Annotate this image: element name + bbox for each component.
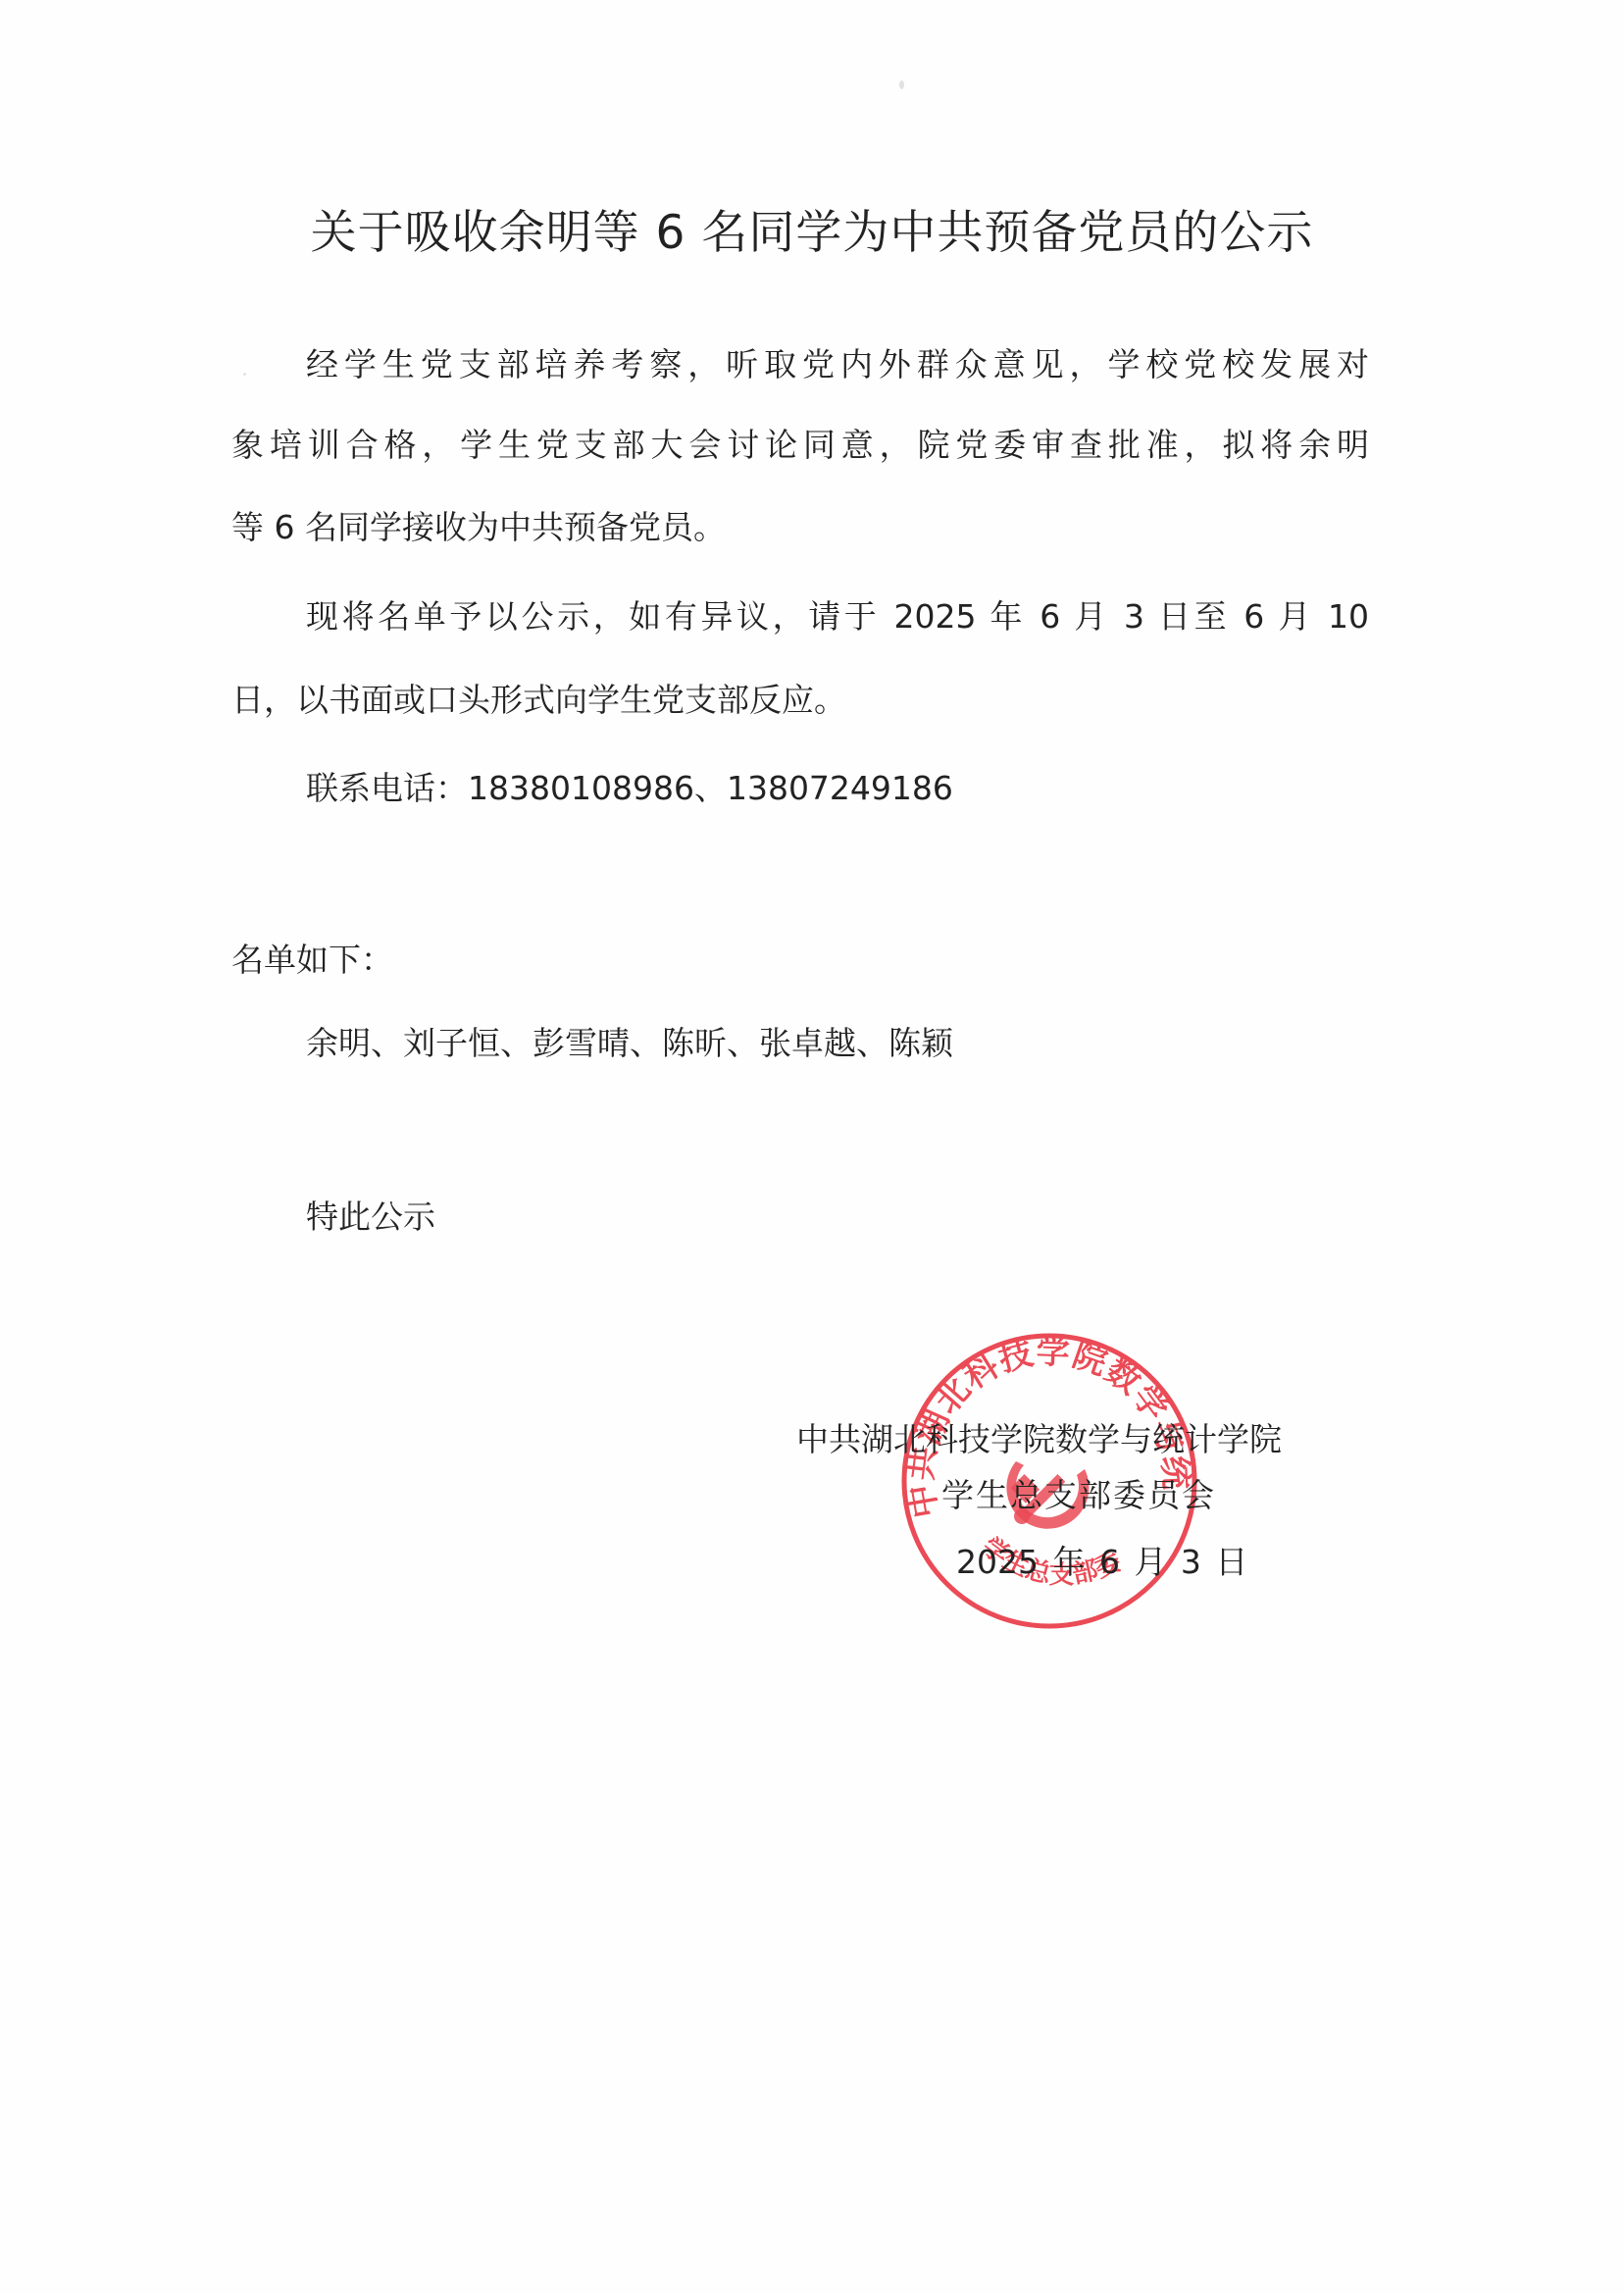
contact-phones: 18380108986、13807249186 [468,769,953,807]
names-list: 余明、刘子恒、彭雪晴、陈昕、张卓越、陈颖 [306,1024,953,1063]
signature-organization-line-2: 学生总支部委员会 [941,1476,1216,1515]
scan-speck [243,373,246,376]
paragraph-1-line-1: 经学生党支部培养考察，听取党内外群众意见，学校党校发展对 [306,345,1369,384]
signature-date: 2025 年 6 月 3 日 [956,1543,1247,1582]
contact-label: 联系电话： [306,769,468,807]
document-page: 关于吸收余明等 6 名同学为中共预备党员的公示 经学生党支部培养考察，听取党内外… [0,0,1624,2294]
page-title: 关于吸收余明等 6 名同学为中共预备党员的公示 [0,196,1624,262]
list-heading: 名单如下： [231,941,393,980]
signature-organization-line-1: 中共湖北科技学院数学与统计学院 [796,1420,1282,1459]
closing-text: 特此公示 [306,1198,435,1237]
paragraph-1-line-3: 等 6 名同学接收为中共预备党员。 [231,508,726,547]
paragraph-2-line-1: 现将名单予以公示，如有异议，请于 2025 年 6 月 3 日至 6 月 10 [306,597,1369,637]
scan-speck [899,80,904,89]
contact-line: 联系电话：18380108986、13807249186 [306,769,953,808]
paragraph-2-line-2: 日，以书面或口头形式向学生党支部反应。 [231,681,846,720]
paragraph-1-line-2: 象培训合格，学生党支部大会讨论同意，院党委审查批准，拟将余明 [231,426,1369,465]
